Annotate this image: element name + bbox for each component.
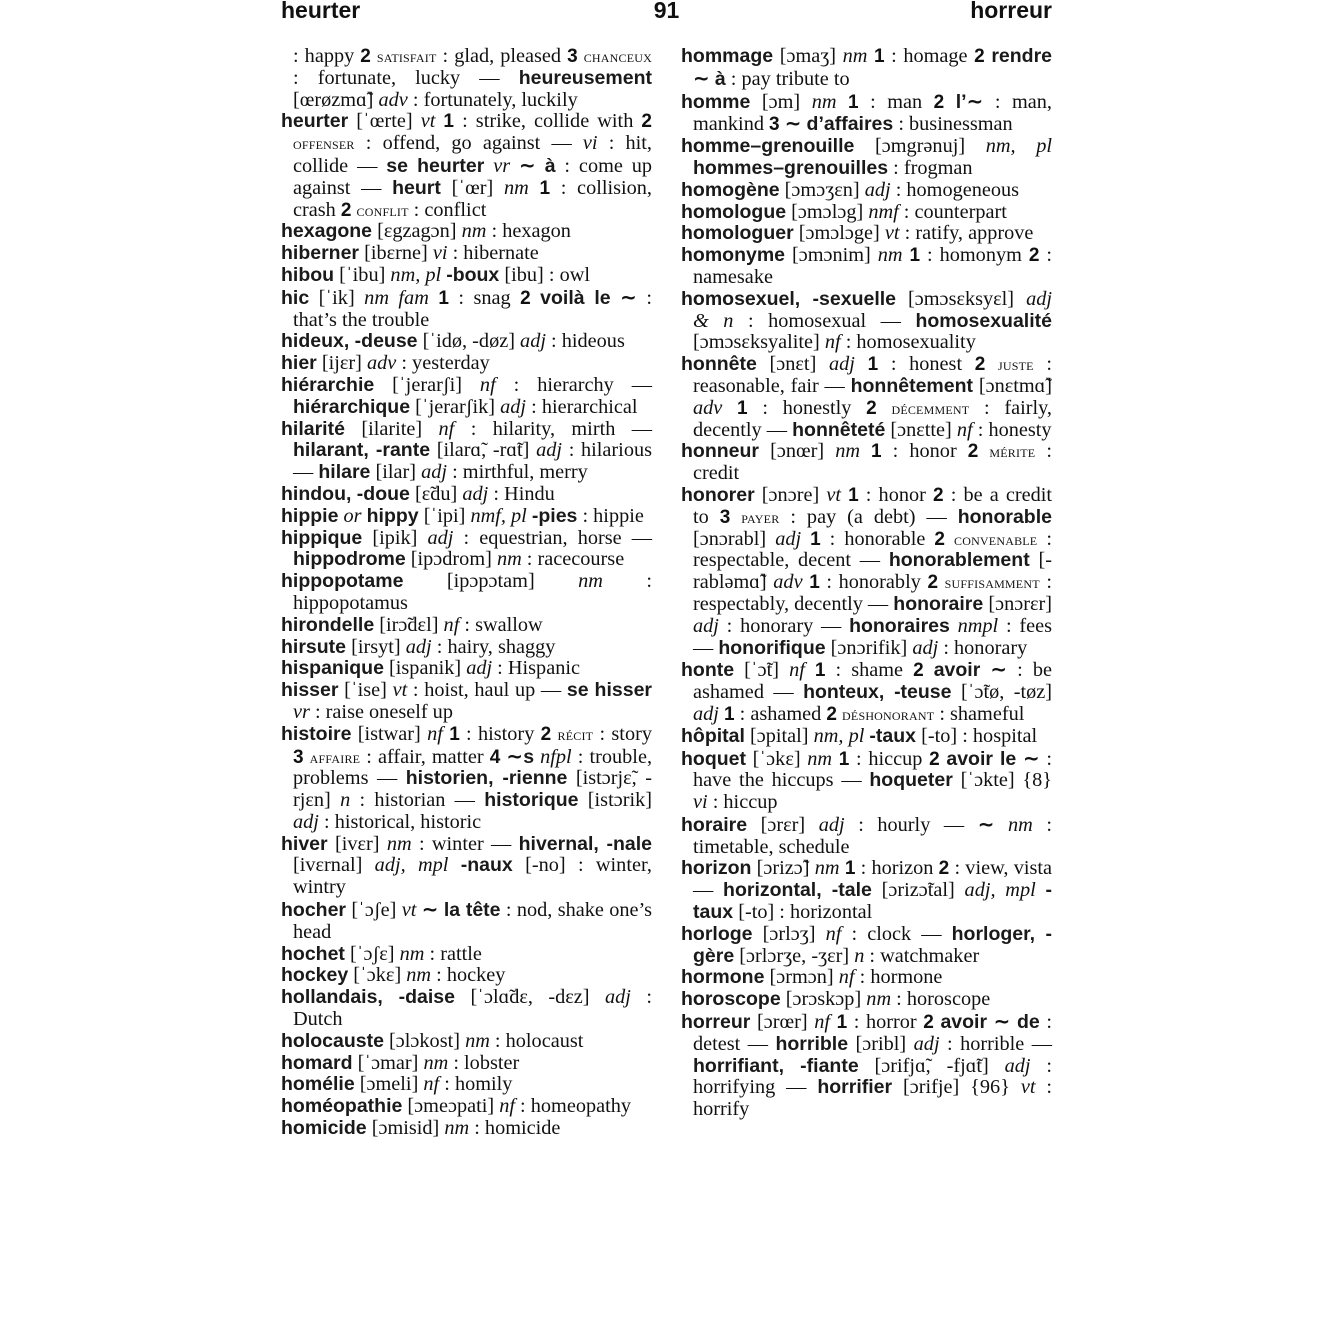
grammar-label: vi (433, 242, 448, 264)
definition-text: : raise oneself up (310, 701, 453, 723)
grammar-label: nm (465, 1030, 490, 1052)
headword: de (1017, 1011, 1040, 1033)
grammar-label: nm (1008, 814, 1033, 836)
grammar-label: nf (814, 1011, 830, 1033)
definition-text (1014, 288, 1026, 310)
sense-number: 2 (974, 46, 985, 67)
sense-number: 3 (567, 46, 578, 67)
sense-number: 1 (449, 724, 460, 745)
grammar-label: adj (865, 179, 891, 201)
usage-label: chanceux (584, 47, 652, 66)
headword: hoqueter (869, 769, 952, 791)
pronunciation: [ɔnɛtte] (890, 419, 951, 441)
definition-text (955, 879, 965, 901)
definition-text (611, 287, 620, 309)
headword: horloge (681, 923, 753, 945)
definition-text (331, 789, 340, 811)
headword: hippique (281, 527, 362, 549)
headword: se hisser (567, 679, 652, 701)
definition-text (872, 879, 882, 901)
definition-text (374, 374, 392, 396)
definition-text: {8} (1015, 769, 1052, 791)
sense-number: 2 (541, 724, 552, 745)
dictionary-entry: hirsute [irsyt] adj : hairy, shaggy (281, 637, 652, 659)
definition-text (836, 91, 848, 113)
sense-number: 1 (815, 660, 826, 681)
pronunciation: [ibɛrne] (364, 242, 428, 264)
definition-text: : hierarchical (526, 396, 637, 418)
sense-number: 2 (968, 441, 979, 462)
dictionary-entry: hier [ijɛr] adv : yesterday (281, 353, 652, 375)
grammar-label: nm (807, 748, 832, 770)
grammar-label: nf (789, 659, 805, 681)
definition-text: : homonym (920, 244, 1029, 266)
grammar-label: vt (402, 899, 417, 921)
grammar-label: nf (444, 614, 460, 636)
grammar-label: n (340, 789, 350, 811)
grammar-label: nm (387, 833, 412, 855)
definition-text (529, 177, 540, 199)
grammar-label: nm (400, 943, 425, 965)
dictionary-entry: horizon [ɔrizɔ̃] nm 1 : horizon 2 : view… (681, 858, 1052, 923)
grammar-label: nm (578, 570, 603, 592)
headword: avoir le (946, 748, 1016, 770)
dictionary-entry: homogène [ɔmɔʒɛn] adj : homogeneous (681, 180, 1052, 202)
grammar-label: adv (693, 397, 722, 419)
definition-text (978, 440, 989, 462)
pronunciation: [ɔrifje] (903, 1076, 959, 1098)
sense-number: 1 (910, 245, 921, 266)
definition-text (441, 177, 452, 199)
definition-text (757, 353, 770, 375)
definition-text (985, 353, 998, 375)
headword: d’affaires (807, 113, 894, 135)
dictionary-entry: hindou, -doue [ɛ̃du] adj : Hindu (281, 484, 652, 506)
grammar-label: nm (843, 45, 868, 67)
pronunciation: [ˈœr] (452, 177, 494, 199)
headword: honorable (958, 506, 1052, 528)
pronunciation: [ɔmɔsɛksyɛl] (908, 288, 1014, 310)
definition-text: : owl (544, 264, 590, 286)
headword: homosexuel, -sexuelle (681, 288, 896, 310)
dictionary-entry: honneur [ɔnœr] nm 1 : honor 2 mérite : c… (681, 441, 1052, 485)
definition-text (867, 45, 874, 67)
grammar-label: vt (826, 484, 841, 506)
definition-text (773, 45, 780, 67)
tilde-symbol: ∼ (978, 812, 995, 836)
grammar-label: nm (866, 988, 891, 1010)
tilde-symbol: ∼ (519, 153, 536, 177)
definition-text (800, 91, 812, 113)
definition-text (859, 1055, 875, 1077)
tilde-symbol: ∼ (967, 89, 984, 113)
definition-text (746, 748, 753, 770)
headword: historique (484, 789, 578, 811)
dictionary-entry: heurter [ˈœrte] vt 1 : strike, collide w… (281, 111, 652, 221)
headword: hocher (281, 899, 346, 921)
headword: hirsute (281, 636, 346, 658)
definition-text: : honorably (820, 571, 928, 593)
definition-text: {96} (959, 1076, 1021, 1098)
guide-word-right: horreur (970, 0, 1052, 24)
definition-text: : shame (825, 659, 913, 681)
sense-number: 3 (293, 747, 304, 768)
definition-text (730, 506, 741, 528)
usage-label: convenable (954, 530, 1037, 549)
definition-text: : winter — (412, 833, 519, 855)
pronunciation: [ɔrɔskɔp] (786, 988, 861, 1010)
dictionary-entry: hormone [ɔrmɔn] nf : hormone (681, 967, 1052, 989)
definition-text: : homeopathy (515, 1095, 631, 1117)
definition-text (462, 374, 480, 396)
definition-text: : lobster (448, 1052, 519, 1074)
pronunciation: [ˈœrte] (356, 110, 412, 132)
definition-text (493, 177, 504, 199)
definition-text: : honorary — (719, 615, 849, 637)
tilde-symbol: ∼ (693, 66, 710, 90)
pronunciation: [ɔmɔnim] (792, 244, 871, 266)
definition-text (579, 789, 588, 811)
left-column: : happy 2 satisfait : glad, pleased 3 ch… (281, 46, 652, 1140)
definition-text (989, 1055, 1005, 1077)
pronunciation: [ilarite] (361, 418, 422, 440)
pronunciation: [ilar] (375, 461, 416, 483)
definition-text (510, 155, 519, 177)
definition-text (422, 418, 438, 440)
dictionary-entry: hiérarchie [ˈjerarʃi] nf : hierarchy — h… (281, 375, 652, 419)
grammar-label: adj (693, 615, 719, 637)
definition-text (860, 440, 871, 462)
pronunciation: [ˈik] (319, 287, 355, 309)
headword: hindou, -doue (281, 483, 410, 505)
definition-text (953, 769, 961, 791)
headword: homme–grenouille (681, 135, 854, 157)
definition-text (484, 155, 493, 177)
definition-text (924, 659, 934, 681)
definition-text: : counterpart (899, 201, 1007, 223)
headword: se heurter (386, 155, 484, 177)
definition-text (854, 135, 875, 157)
definition-text: : conflict (409, 199, 487, 221)
headword: avoir (934, 659, 981, 681)
definition-text (944, 91, 956, 113)
definition-text: : snag (449, 287, 520, 309)
definition-text (747, 814, 761, 836)
sense-number: 1 (845, 858, 856, 879)
sense-number: 1 (839, 749, 850, 770)
definition-text: : hilarity, mirth — (454, 418, 652, 440)
headword: hier (281, 352, 317, 374)
definition-text (750, 91, 762, 113)
grammar-label: nm (497, 548, 522, 570)
definition-text: : shameful (934, 703, 1024, 725)
definition-text: : honorable (821, 528, 935, 550)
definition-text (417, 527, 427, 549)
dictionary-entry: homéopathie [ɔmeɔpati] nf : homeopathy (281, 1096, 652, 1118)
grammar-label: nmf (868, 201, 898, 223)
usage-label: mérite (989, 442, 1035, 461)
pronunciation: [ɔrmɔn] (770, 966, 834, 988)
pronunciation: [-no] (525, 854, 566, 876)
headword: l’ (956, 91, 967, 113)
definition-text (759, 440, 770, 462)
running-header: heurter 91 horreur (281, 0, 1052, 26)
pronunciation: [ɔnɛt] (770, 353, 817, 375)
pronunciation: [ɔmɔlɔge] (799, 222, 880, 244)
definition-text: : ratify, approve (900, 222, 1034, 244)
pronunciation: [ɔrɛr] (761, 814, 806, 836)
definition-text: : fortunately, luckily (408, 89, 578, 111)
definition-text (830, 1011, 837, 1033)
dictionary-entry: homologuer [ɔmɔlɔge] vt : ratify, approv… (681, 223, 1052, 245)
definition-text (413, 110, 421, 132)
pronunciation: [ɔrlɔrʒe, -ʒɛr] (739, 945, 849, 967)
definition-text (877, 397, 892, 419)
definition-text: : historian — (350, 789, 484, 811)
pronunciation: [ɔmisid] (372, 1117, 440, 1139)
grammar-label: nm (878, 244, 903, 266)
usage-label: suffisamment (945, 573, 1040, 592)
headword: hexagone (281, 220, 372, 242)
grammar-label: vt (885, 222, 900, 244)
sense-number: 1 (539, 178, 550, 199)
headword: hilare (318, 461, 370, 483)
definition-text (328, 833, 335, 855)
headword: hochet (281, 943, 345, 965)
headword: hispanique (281, 657, 384, 679)
definition-text: : rattle (424, 943, 481, 965)
sense-number: 2 (975, 354, 986, 375)
dictionary-entry: hiberner [ibɛrne] vi : hibernate (281, 243, 652, 265)
headword: honorer (681, 484, 755, 506)
sense-number: 1 (871, 441, 882, 462)
pronunciation: [istwar] (358, 723, 421, 745)
definition-text (448, 854, 460, 876)
definition-text: : racecourse (522, 548, 624, 570)
headword: -naux (461, 854, 513, 876)
pronunciation: [ɔnɔrabl] (693, 528, 766, 550)
sense-number: 1 (868, 354, 879, 375)
headword: -pies (532, 505, 578, 527)
headword: hic (281, 287, 309, 309)
headword: hilarité (281, 418, 345, 440)
dictionary-entry: hideux, -deuse [ˈidø, -døz] adj : hideou… (281, 331, 652, 353)
headword: honte (681, 659, 734, 681)
pronunciation: [ɔnɔrɛr] (988, 593, 1052, 615)
pronunciation: [ɛ̃du] (415, 483, 457, 505)
definition-text: : hourly — (845, 814, 978, 836)
pronunciation: [ɔribl] (856, 1033, 907, 1055)
dictionary-entry: holocauste [ɔlɔkost] nm : holocaust (281, 1031, 652, 1053)
definition-text (531, 287, 540, 309)
dictionary-entry: honte [ˈɔ̃t] nf 1 : shame 2 avoir ∼ : be… (681, 659, 1052, 725)
grammar-label: nm, pl (390, 264, 441, 286)
headword: heurter (281, 110, 348, 132)
definition-text (950, 615, 958, 637)
headword: à (715, 68, 726, 90)
entry-continuation: : happy 2 satisfait : glad, pleased 3 ch… (281, 46, 652, 111)
definition-text: : watchmaker (864, 945, 979, 967)
pronunciation: [ɔm] (762, 91, 800, 113)
definition-text (755, 484, 762, 506)
definition-text (766, 528, 775, 550)
sense-number: 2 (866, 398, 877, 419)
right-column: hommage [ɔmaʒ] nm 1 : homage 2 rendre ∼ … (681, 46, 1052, 1121)
headword: hormone (681, 966, 764, 988)
headword: hivernal, -nale (519, 833, 652, 855)
headword: honoraires (849, 615, 950, 637)
definition-text (430, 439, 437, 461)
headword: homonyme (681, 244, 785, 266)
definition-text (722, 397, 737, 419)
sense-number: 1 (438, 288, 449, 309)
grammar-label: nm, pl (986, 135, 1052, 157)
headword: horizontal, -tale (723, 879, 872, 901)
headword: hideux, -deuse (281, 330, 418, 352)
headword: historien, -rienne (406, 767, 568, 789)
definition-text (513, 854, 525, 876)
definition-text (750, 1011, 757, 1033)
headword: hibou (281, 264, 334, 286)
definition-text: : hoist, haul up — (407, 679, 567, 701)
definition-text (403, 570, 446, 592)
definition-text (836, 45, 843, 67)
definition-text (567, 767, 576, 789)
grammar-label: nm (423, 1052, 448, 1074)
headword: hippy (367, 505, 419, 527)
sense-number: 2 (826, 704, 837, 725)
headword: hollandais, -daise (281, 986, 455, 1008)
definition-text: : homicide (469, 1117, 560, 1139)
dictionary-entry: homonyme [ɔmɔnim] nm 1 : homonym 2 : nam… (681, 245, 1052, 289)
grammar-label: vi (583, 132, 598, 154)
pronunciation: [irsyt] (351, 636, 401, 658)
headword: hommage (681, 45, 773, 67)
pronunciation: [ispanik] (389, 657, 461, 679)
headword: honnêtement (851, 375, 973, 397)
definition-text (355, 287, 364, 309)
dictionary-entry: homme [ɔm] nm 1 : man 2 l’∼ : man, manki… (681, 91, 1052, 137)
headword: hippie (281, 505, 338, 527)
definition-text (938, 571, 945, 593)
dictionary-entry: hippopotame [ipɔpɔtam] nm : hippopotamus (281, 571, 652, 615)
headword: horrifier (817, 1076, 892, 1098)
headword: rendre (991, 45, 1052, 67)
usage-label: affaire (310, 748, 361, 767)
sense-number: 1 (848, 485, 859, 506)
definition-text (536, 155, 545, 177)
definition-text (824, 440, 835, 462)
pronunciation: [ijɛr] (322, 352, 362, 374)
definition-text (362, 527, 372, 549)
tilde-symbol: ∼ (620, 285, 637, 309)
tilde-symbol: ∼ (506, 744, 523, 768)
tilde-symbol: ∼ (785, 111, 802, 135)
dictionary-entry: hollandais, -daise [ˈɔlɑ̃dɛ, -dɛz] adj :… (281, 987, 652, 1031)
sense-number: 2 (934, 529, 945, 550)
dictionary-entry: hisser [ˈise] vt : hoist, haul up — se h… (281, 680, 652, 724)
headword: la tête (444, 899, 501, 921)
grammar-label: adj, mpl (375, 854, 449, 876)
definition-text (805, 814, 819, 836)
sense-number: 4 (490, 747, 501, 768)
definition-text: : story (593, 723, 652, 745)
headword: horrible (775, 1033, 848, 1055)
definition-text: : hippie (577, 505, 643, 527)
definition-text (892, 1076, 903, 1098)
pronunciation: [ˈɔ̃t] (744, 659, 779, 681)
headword: hôpital (681, 725, 745, 747)
pronunciation: [ɔlɔkost] (389, 1030, 460, 1052)
definition-text: : homosexual — (733, 310, 915, 332)
definition-text: : hierarchy — (496, 374, 652, 396)
headword: histoire (281, 723, 351, 745)
grammar-label: vt (421, 110, 436, 132)
definition-text: : holocaust (490, 1030, 584, 1052)
definition-text: : hairy, shaggy (432, 636, 556, 658)
definition-text: : clock — (841, 923, 951, 945)
definition-text (848, 1033, 855, 1055)
usage-label: offenser (293, 134, 355, 153)
headword: horaire (681, 814, 747, 836)
definition-text: : horizon (855, 857, 938, 879)
pronunciation: [ɔnɛtmɑ̃] (979, 375, 1052, 397)
headword: homard (281, 1052, 353, 1074)
sense-number: 2 (641, 111, 652, 132)
headword: heurt (392, 177, 441, 199)
pronunciation: [ɔmɔʒɛn] (785, 179, 860, 201)
pronunciation: [ɛgzagɔn] (377, 220, 456, 242)
sense-number: 2 (341, 200, 352, 221)
definition-text (855, 353, 868, 375)
definition-text (952, 681, 961, 703)
page-number: 91 (281, 0, 1052, 24)
grammar-label: nmf, pl (470, 505, 526, 527)
pronunciation: [ɔmgrənuj] (875, 135, 965, 157)
grammar-label: nm (406, 964, 431, 986)
grammar-label: adj (912, 637, 938, 659)
sense-number: 2 (939, 858, 950, 879)
sense-number: 1 (443, 111, 454, 132)
definition-text: : pay tribute to (726, 68, 850, 90)
definition-text (345, 418, 361, 440)
definition-text: : hibernate (448, 242, 539, 264)
pronunciation: [ɔmeli] (360, 1073, 419, 1095)
pronunciation: [ˈɔkɛ] (353, 964, 401, 986)
definition-text: : businessman (893, 113, 1012, 135)
usage-label: récit (558, 725, 594, 744)
pronunciation: [ipik] (372, 527, 417, 549)
headword: hippodrome (293, 548, 406, 570)
dictionary-entry: histoire [istwar] nf 1 : history 2 récit… (281, 724, 652, 834)
headword: hiérarchique (293, 396, 410, 418)
sense-number: 1 (737, 398, 748, 419)
definition-text: : yesterday (396, 352, 489, 374)
headword: homélie (281, 1073, 355, 1095)
grammar-label: adj (914, 1033, 940, 1055)
grammar-label: adj (500, 396, 526, 418)
pronunciation: [ɔrizɔ̃] (757, 857, 810, 879)
headword: hiérarchie (281, 374, 374, 396)
definition-text: : horizontal (774, 901, 872, 923)
grammar-label: adj (293, 811, 319, 833)
pronunciation: [ɔrifjɑ̃, -fjɑ̃t] (875, 1055, 989, 1077)
grammar-label: adj, mpl (965, 879, 1036, 901)
definition-text: : homily (439, 1073, 512, 1095)
pronunciation: [ɔmɔlɔg] (791, 201, 863, 223)
headword: homme (681, 91, 750, 113)
pronunciation: [ˈjerarʃik] (415, 396, 495, 418)
